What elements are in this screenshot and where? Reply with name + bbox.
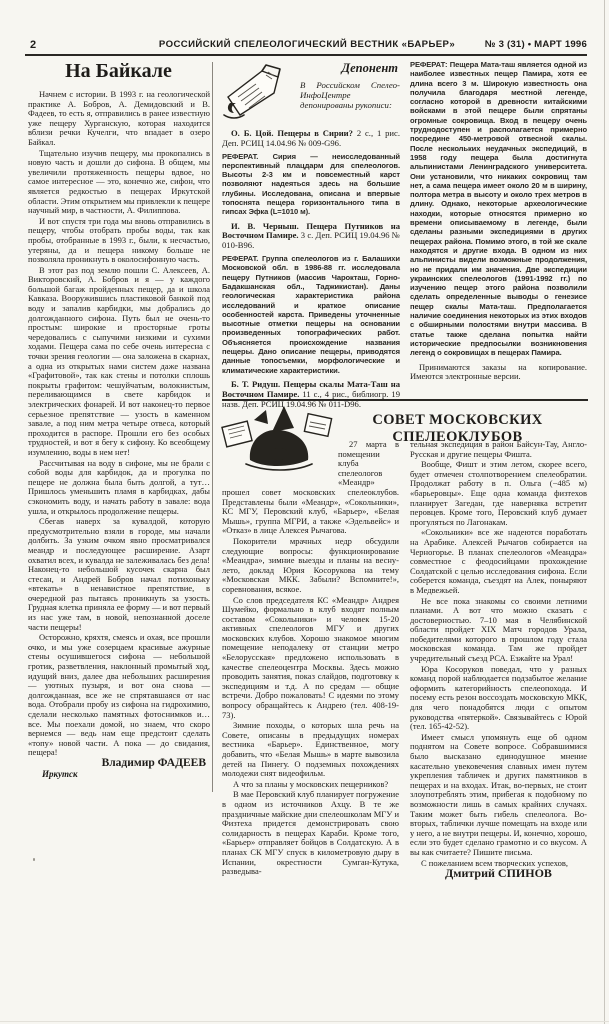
- deposit-abstract: РЕФЕРАТ. Группа спелеологов из г. Балаши…: [222, 254, 400, 375]
- paragraph: В этот раз под землю пошли С. Алексеев, …: [28, 266, 210, 458]
- paragraph: «Сокольники» все же надеются поработать …: [410, 528, 587, 595]
- copy-orders-note: Принимаются заказы на копирование. Имеют…: [410, 363, 587, 383]
- paragraph: Юра Косоруков поведал, что у разных кома…: [410, 665, 587, 732]
- letter-scroll-doodle-icon: [222, 63, 294, 121]
- scan-speck: [33, 858, 35, 861]
- paragraph: И вот спустя три года мы вновь отправили…: [28, 217, 210, 265]
- paragraph: Начнем с истории. В 1993 г. на геологиче…: [28, 90, 210, 148]
- paragraph: Рассчитывая на воду в сифоне, мы не брал…: [28, 459, 210, 517]
- paragraph: тельная экспедиция в район Байсун-Тау, А…: [410, 440, 587, 459]
- deposit-abstract: РЕФЕРАТ. Сирия — неисследованный перспек…: [222, 152, 400, 217]
- paragraph: А что за планы у московских пещерников?: [222, 780, 399, 790]
- author-signature: Дмитрий СПИНОВ: [410, 869, 587, 879]
- issue-date: № 3 (31) • МАРТ 1996: [485, 39, 587, 51]
- column-rule: [212, 62, 213, 792]
- scan-edge: [604, 0, 605, 1024]
- paragraph: Покорители мрачных недр обсудили следующ…: [222, 537, 399, 595]
- abstract-continuation-column: РЕФЕРАТ: Пещера Мата-таш является одной …: [410, 60, 587, 391]
- doodle-wrap-spacer: [222, 440, 338, 480]
- author-signature: Владимир ФАДЕЕВ: [28, 759, 210, 769]
- council-column-left: 27 марта в помещении клуба спелеологов «…: [222, 440, 399, 878]
- deposit-entry-heading: О. Б. Цой. Пещеры в Сирии? 2 с., 1 рис. …: [222, 129, 400, 149]
- paragraph: В мае Перовский клуб планирует погружени…: [222, 790, 399, 876]
- masthead-rule: [25, 54, 587, 56]
- paragraph: Со слов председателя КС «Меандр» Андрея …: [222, 596, 399, 721]
- paragraph: Не все пока знакомы со своими летними пл…: [410, 597, 587, 664]
- council-column-right: тельная экспедиция в район Байсун-Тау, А…: [410, 440, 587, 880]
- deposit-abstract-mata-tash: РЕФЕРАТ: Пещера Мата-таш является одной …: [410, 60, 587, 358]
- author-location: Иркутск: [28, 770, 210, 780]
- paragraph: Имеет смысл упомянуть еще об одном подня…: [410, 733, 587, 858]
- paragraph: Вообще, Фишт и этим летом, скорее всего,…: [410, 460, 587, 527]
- paragraph: Осторожно, кряхтя, смеясь и охая, все пр…: [28, 633, 210, 758]
- deposit-entry-heading: И. В. Черныш. Пещера Путников на Восточн…: [222, 222, 400, 251]
- deponent-entries: О. Б. Цой. Пещеры в Сирии? 2 с., 1 рис. …: [222, 123, 400, 409]
- scan-edge-bottom: [0, 1021, 609, 1022]
- masthead: 2 РОССИЙСКИЙ СПЕЛЕОЛОГИЧЕСКИЙ ВЕСТНИК «Б…: [27, 39, 587, 51]
- section-rule: [222, 399, 588, 401]
- paragraph: Зимние походы, о которых шла речь на Сов…: [222, 721, 399, 779]
- deponent-column: Депонент В Российском Спелео-ИнфоЦентре …: [222, 61, 400, 409]
- paragraph: Сбегав наверх за кувалдой, которую преду…: [28, 517, 210, 632]
- article-baikal-body: Начнем с истории. В 1993 г. на геологиче…: [28, 90, 210, 780]
- entry-author-title: О. Б. Цой. Пещеры в Сирии?: [231, 128, 353, 138]
- newspaper-page: 2 РОССИЙСКИЙ СПЕЛЕОЛОГИЧЕСКИЙ ВЕСТНИК «Б…: [0, 0, 609, 1024]
- paragraph: Тщательно изучив пещеру, мы прокопались …: [28, 149, 210, 216]
- article-title-baikal: На Байкале: [27, 59, 210, 83]
